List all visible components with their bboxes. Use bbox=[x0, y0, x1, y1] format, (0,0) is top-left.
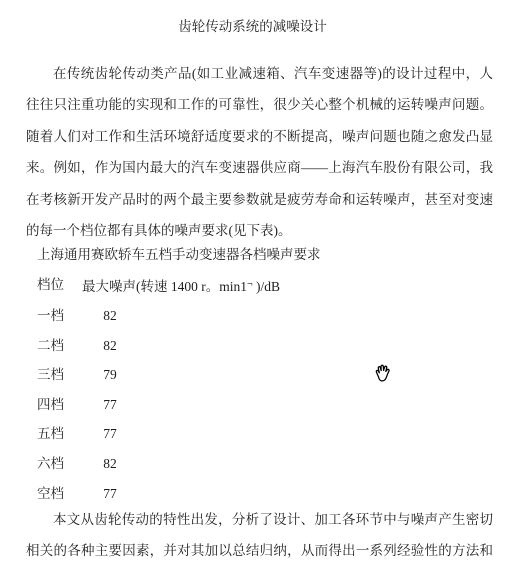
noise-value: 82 bbox=[85, 301, 135, 331]
gear-label: 四档 bbox=[37, 390, 64, 420]
noise-header-text: 最大噪声(转速 1400 r。min1 bbox=[82, 279, 247, 294]
gear-label: 五档 bbox=[37, 419, 64, 449]
page-title: 齿轮传动系统的减噪设计 bbox=[0, 14, 505, 40]
table-header-gear: 档位 bbox=[37, 272, 64, 298]
table-row: 五档 77 bbox=[0, 419, 280, 449]
noise-value: 82 bbox=[85, 331, 135, 361]
paragraph-line: 本文从齿轮传动的特性出发，分析了设计、加工各环节中与噪声产生密切 bbox=[26, 504, 493, 535]
paragraph-line: 来。例如，作为国内最大的汽车变速器供应商——上海汽车股份有限公司，我们 bbox=[26, 152, 493, 183]
noise-header-unit: )/dB bbox=[253, 279, 280, 294]
paragraph-2: 本文从齿轮传动的特性出发，分析了设计、加工各环节中与噪声产生密切 相关的各种主要… bbox=[26, 504, 493, 566]
hand-grab-cursor-icon bbox=[370, 360, 398, 390]
gear-label: 六档 bbox=[37, 449, 64, 479]
gear-label: 三档 bbox=[37, 360, 64, 390]
paragraph-line: 在考核新开发产品时的两个最主要参数就是疲劳寿命和运转噪声，甚至对变速器 bbox=[26, 184, 493, 215]
gear-label: 一档 bbox=[37, 301, 64, 331]
noise-value: 79 bbox=[85, 360, 135, 390]
paragraph-line: 随着人们对工作和生活环境舒适度要求的不断提高，噪声问题也随之愈发凸显出 bbox=[26, 121, 493, 152]
noise-table: 一档 82 二档 82 三档 79 四档 77 五档 77 六档 82 空档 7… bbox=[0, 301, 280, 508]
table-caption: 上海通用赛欧轿车五档手动变速器各档噪声要求 bbox=[37, 242, 321, 268]
document-page: 齿轮传动系统的减噪设计 在传统齿轮传动类产品(如工业减速箱、汽车变速器等)的设计… bbox=[0, 0, 519, 566]
gear-label: 二档 bbox=[37, 331, 64, 361]
noise-value: 82 bbox=[85, 449, 135, 479]
table-row: 二档 82 bbox=[0, 331, 280, 361]
table-row: 六档 82 bbox=[0, 449, 280, 479]
table-header-noise: 最大噪声(转速 1400 r。min1¬ )/dB bbox=[82, 272, 280, 300]
noise-value: 77 bbox=[85, 390, 135, 420]
paragraph-1: 在传统齿轮传动类产品(如工业减速箱、汽车变速器等)的设计过程中，人们 往往只注重… bbox=[26, 58, 493, 246]
table-row: 三档 79 bbox=[0, 360, 280, 390]
noise-value: 77 bbox=[85, 419, 135, 449]
table-row: 一档 82 bbox=[0, 301, 280, 331]
paragraph-line: 在传统齿轮传动类产品(如工业减速箱、汽车变速器等)的设计过程中，人们 bbox=[26, 58, 493, 89]
paragraph-line: 相关的各种主要因素，并对其加以总结归纳，从而得出一系列经验性的方法和思 bbox=[26, 535, 493, 566]
table-row: 四档 77 bbox=[0, 390, 280, 420]
paragraph-line: 往往只注重功能的实现和工作的可靠性，很少关心整个机械的运转噪声问题。但 bbox=[26, 89, 493, 120]
